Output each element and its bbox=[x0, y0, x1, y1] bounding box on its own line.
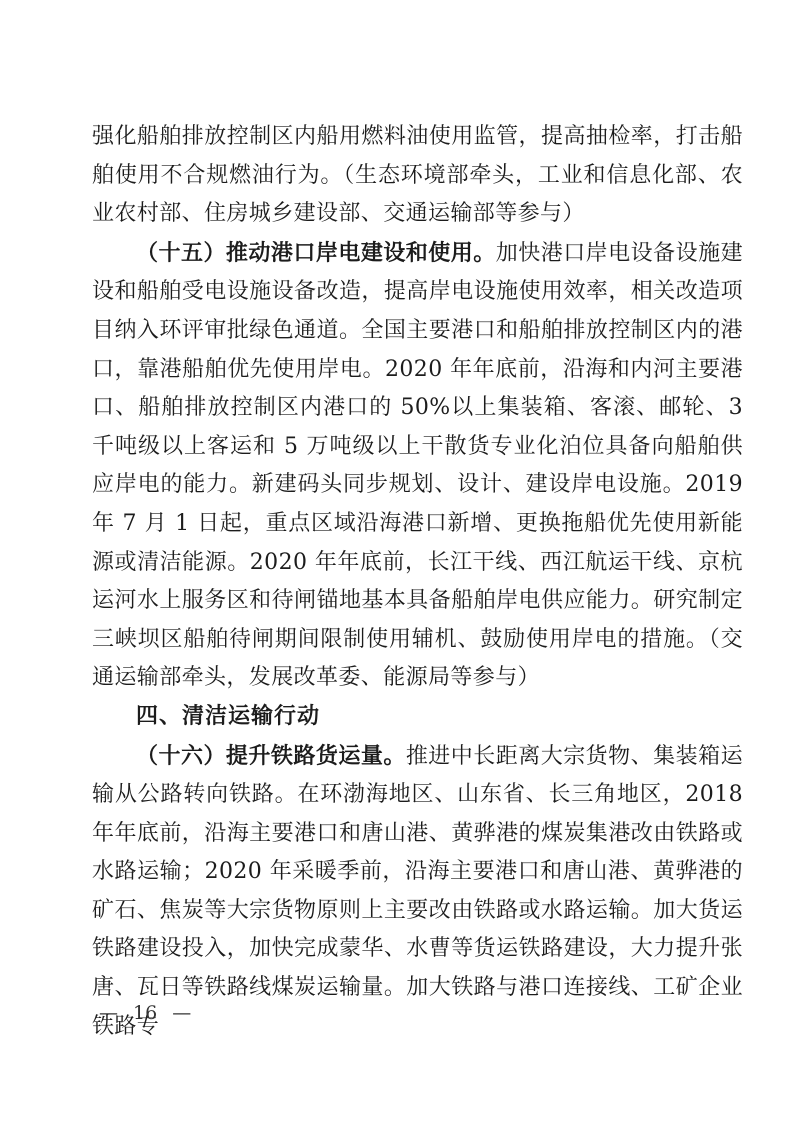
item-15-heading: （十五）推动港口岸电建设和使用。 bbox=[136, 240, 496, 266]
page-footer: — 16 — bbox=[99, 1000, 191, 1026]
item-15-body-text: 加快港口岸电设备设施建设和船舶受电设施设备改造，提高岸电设施使用效率，相关改造项… bbox=[92, 241, 743, 691]
item-16-body-text: 推进中长距离大宗货物、集装箱运输从公路转向铁路。在环渤海地区、山东省、长三角地区… bbox=[92, 744, 743, 1039]
paragraph-item-15: （十五）推动港口岸电建设和使用。加快港口岸电设备设施建设和船舶受电设施设备改造，… bbox=[92, 234, 743, 698]
paragraph-continuation-text: 强化船舶排放控制区内船用燃料油使用监管，提高抽检率，打击船舶使用不合规燃油行为。… bbox=[92, 124, 743, 226]
footer-right-dash: — bbox=[172, 1002, 191, 1024]
document-body: 强化船舶排放控制区内船用燃料油使用监管，提高抽检率，打击船舶使用不合规燃油行为。… bbox=[92, 118, 743, 1046]
item-16-heading: （十六）提升铁路货运量。 bbox=[136, 743, 406, 769]
footer-left-dash: — bbox=[99, 1002, 118, 1024]
page-number: 16 bbox=[133, 1002, 157, 1024]
section-heading-4-text: 四、清洁运输行动 bbox=[136, 704, 320, 729]
section-heading-4: 四、清洁运输行动 bbox=[92, 698, 743, 737]
document-page: 强化船舶排放控制区内船用燃料油使用监管，提高抽检率，打击船舶使用不合规燃油行为。… bbox=[0, 0, 793, 1122]
paragraph-continuation: 强化船舶排放控制区内船用燃料油使用监管，提高抽检率，打击船舶使用不合规燃油行为。… bbox=[92, 118, 743, 234]
